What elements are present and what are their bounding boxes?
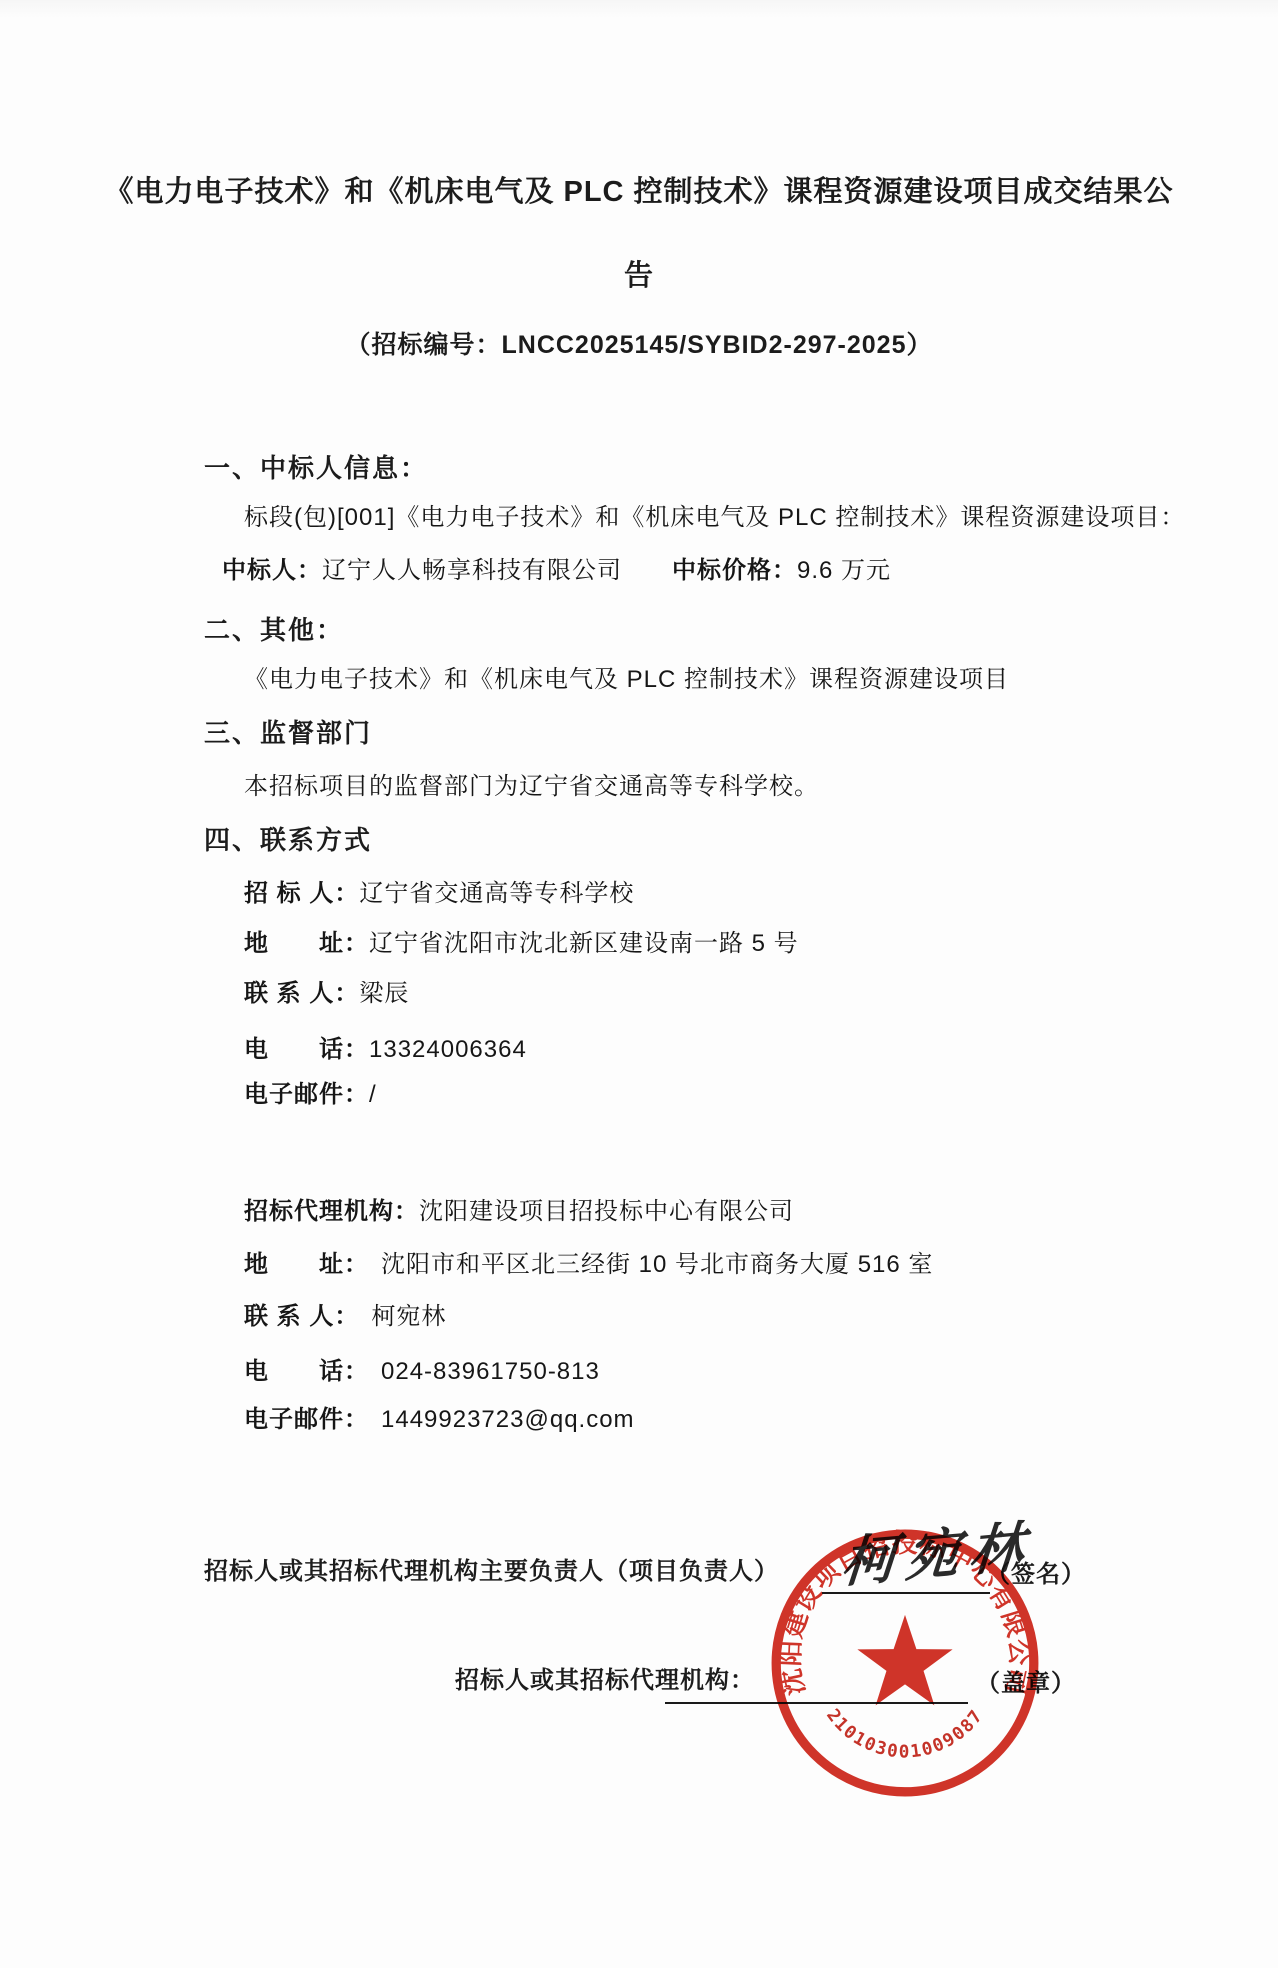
winner-line: 中标人：辽宁人人畅享科技有限公司: [222, 556, 622, 586]
seal-number-text: 210103001009087: [822, 1706, 988, 1763]
section-4-heading: 四、联系方式: [204, 824, 372, 857]
tenderer-contact-value: 梁辰: [359, 980, 409, 1007]
tenderer-name-row: 招 标 人：辽宁省交通高等专科学校: [244, 879, 634, 909]
agency-address-label: 地 址：: [244, 1251, 369, 1278]
agency-email-row: 电子邮件：1449923723@qq.com: [244, 1405, 635, 1435]
tenderer-name-value: 辽宁省交通高等专科学校: [359, 880, 634, 907]
agency-contact-value: 柯宛林: [371, 1303, 446, 1330]
tenderer-phone-value: 13324006364: [369, 1036, 527, 1063]
section-1-heading: 一、中标人信息：: [204, 452, 428, 485]
signature-line2-label: 招标人或其招标代理机构：: [455, 1666, 755, 1696]
tenderer-phone-label: 电 话：: [244, 1036, 369, 1063]
agency-email-label: 电子邮件：: [244, 1406, 369, 1433]
winner-label: 中标人：: [222, 557, 322, 584]
section-2-heading: 二、其他：: [204, 614, 344, 647]
agency-name-row: 招标代理机构：沈阳建设项目招投标中心有限公司: [244, 1197, 794, 1227]
company-seal: 沈阳建设项目招投标中心有限公司 210103001009087: [766, 1524, 1044, 1802]
page-title-line1: 《电力电子技术》和《机床电气及 PLC 控制技术》课程资源建设项目成交结果公: [0, 174, 1278, 210]
tenderer-address-label: 地 址：: [244, 930, 369, 957]
tenderer-name-label: 招 标 人：: [244, 880, 359, 907]
price-label: 中标价格：: [672, 557, 797, 584]
section-3-heading: 三、监督部门: [204, 717, 372, 750]
agency-phone-row: 电 话：024-83961750-813: [244, 1357, 600, 1387]
tenderer-address-value: 辽宁省沈阳市沈北新区建设南一路 5 号: [369, 930, 799, 957]
agency-contact-row: 联 系 人：柯宛林: [244, 1302, 446, 1332]
tenderer-contact-label: 联 系 人：: [244, 980, 359, 1007]
section-3-body: 本招标项目的监督部门为辽宁省交通高等专科学校。: [244, 772, 819, 802]
document-page: 《电力电子技术》和《机床电气及 PLC 控制技术》课程资源建设项目成交结果公 告…: [0, 0, 1278, 1968]
tenderer-email-label: 电子邮件：: [244, 1081, 369, 1108]
agency-phone-label: 电 话：: [244, 1358, 369, 1385]
page-title-line2: 告: [0, 258, 1278, 294]
tenderer-contact-row: 联 系 人：梁辰: [244, 979, 409, 1009]
winner-value: 辽宁人人畅享科技有限公司: [322, 557, 622, 584]
tenderer-email-row: 电子邮件：/: [244, 1080, 377, 1110]
agency-name-label: 招标代理机构：: [244, 1198, 419, 1225]
tenderer-phone-row: 电 话：13324006364: [244, 1035, 527, 1065]
section-2-body: 《电力电子技术》和《机床电气及 PLC 控制技术》课程资源建设项目: [244, 665, 1009, 695]
agency-name-value: 沈阳建设项目招投标中心有限公司: [419, 1198, 794, 1225]
signature-line1-label: 招标人或其招标代理机构主要负责人（项目负责人）: [204, 1557, 779, 1587]
agency-address-row: 地 址：沈阳市和平区北三经街 10 号北市商务大厦 516 室: [244, 1250, 933, 1280]
agency-phone-value: 024-83961750-813: [381, 1358, 600, 1385]
tenderer-email-value: /: [369, 1081, 377, 1108]
price-value: 9.6 万元: [797, 557, 891, 584]
seal-star: [857, 1615, 952, 1706]
agency-contact-label: 联 系 人：: [244, 1303, 359, 1330]
agency-email-value: 1449923723@qq.com: [381, 1406, 635, 1433]
bid-number: （招标编号：LNCC2025145/SYBID2-297-2025）: [0, 330, 1278, 361]
tenderer-address-row: 地 址：辽宁省沈阳市沈北新区建设南一路 5 号: [244, 929, 799, 959]
agency-address-value: 沈阳市和平区北三经街 10 号北市商务大厦 516 室: [381, 1251, 933, 1278]
section-1-lot-line: 标段(包)[001]《电力电子技术》和《机床电气及 PLC 控制技术》课程资源建…: [244, 503, 1185, 533]
price-line: 中标价格：9.6 万元: [672, 556, 891, 586]
